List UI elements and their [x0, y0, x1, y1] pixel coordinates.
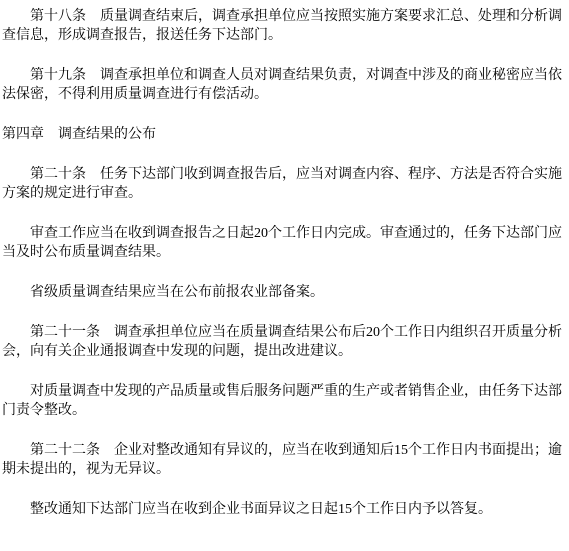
paragraph-article-20-clause-3: 省级质量调查结果应当在公布前报农业部备案。	[2, 283, 562, 302]
paragraph-article-20-clause-2: 审查工作应当在收到调查报告之日起20个工作日内完成。审查通过的，任务下达部门应当…	[2, 224, 562, 262]
document-page: 第十八条 质量调查结束后，调查承担单位应当按照实施方案要求汇总、处理和分析调查信…	[0, 0, 569, 551]
chapter-4-heading: 第四章 调查结果的公布	[2, 125, 562, 144]
paragraph-article-22: 第二十二条 企业对整改通知有异议的，应当在收到通知后15个工作日内书面提出；逾期…	[2, 441, 562, 479]
paragraph-article-18: 第十八条 质量调查结束后，调查承担单位应当按照实施方案要求汇总、处理和分析调查信…	[2, 7, 562, 45]
paragraph-article-21-clause-2: 对质量调查中发现的产品质量或售后服务问题严重的生产或者销售企业，由任务下达部门责…	[2, 382, 562, 420]
paragraph-article-19: 第十九条 调查承担单位和调查人员对调查结果负责，对调查中涉及的商业秘密应当依法保…	[2, 66, 562, 104]
paragraph-article-20: 第二十条 任务下达部门收到调查报告后，应当对调查内容、程序、方法是否符合实施方案…	[2, 165, 562, 203]
paragraph-article-21: 第二十一条 调查承担单位应当在质量调查结果公布后20个工作日内组织召开质量分析会…	[2, 323, 562, 361]
paragraph-article-22-clause-2: 整改通知下达部门应当在收到企业书面异议之日起15个工作日内予以答复。	[2, 500, 562, 519]
